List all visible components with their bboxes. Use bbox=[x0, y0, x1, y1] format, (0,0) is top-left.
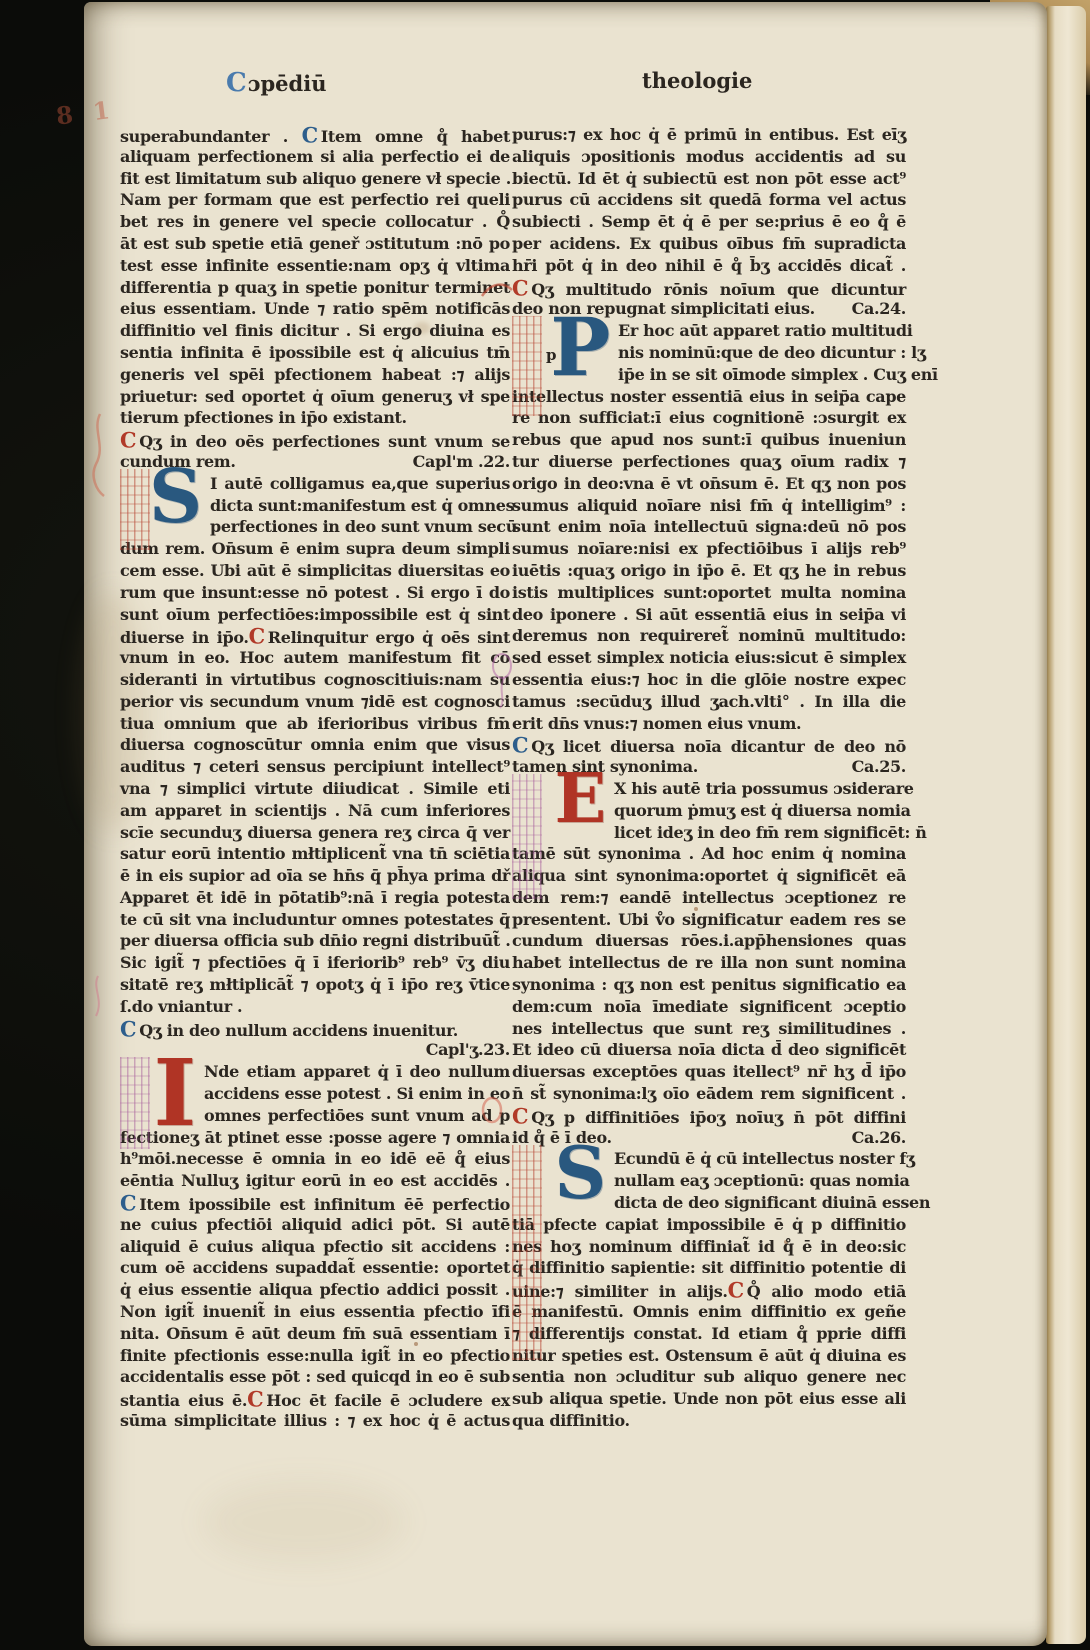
text-line: CQʒ multitudo rōnis noīum que dicuntur bbox=[512, 277, 906, 299]
text-line: āt est sub spetie etiā geneř ɔstitutum :… bbox=[120, 233, 510, 255]
running-header: 8 1 Cɔpēdiū theologie bbox=[84, 68, 1047, 98]
text-line: sentia infinita ē ipossibile est q̇ alic… bbox=[120, 342, 510, 364]
text-line: diuersas exceptōes quas itellect⁹ nr̄ hʒ… bbox=[512, 1061, 906, 1083]
text-line: habet intellectus de re illa non sunt no… bbox=[512, 952, 906, 974]
text-line: tamus :secūduʒ illud ʒach.vlti° . In ill… bbox=[512, 691, 906, 713]
penwork-flourish bbox=[120, 469, 150, 550]
text-line: te cū sit vna includuntur omnes potestat… bbox=[120, 909, 510, 931]
text-line: vna ⁊ simplici virtute diiudicat . Simil… bbox=[120, 778, 510, 800]
pilcrow-mark: C bbox=[247, 1388, 263, 1411]
penwork-flourish bbox=[120, 1057, 150, 1148]
illuminated-initial-S: S bbox=[512, 1145, 606, 1360]
pen-mark bbox=[86, 410, 112, 500]
text-line: eius essentiam. Unde ⁊ ratio spēm notifi… bbox=[120, 298, 510, 320]
text-line: per diuersa officia sub dn̄io regni dist… bbox=[120, 930, 510, 952]
text-line: priuetur: sed oportet q̇ oīum generuʒ vł… bbox=[120, 386, 510, 408]
text-line: stantia eius ē.CHoc ēt facile ē ɔcludere… bbox=[120, 1388, 510, 1410]
text-line: ē in eis supior ad oīa se hn̄s q̄ ph̄ya … bbox=[120, 865, 510, 887]
text-line: aliquid ē cuius aliqua pfectio sit accid… bbox=[120, 1236, 510, 1258]
text-line: aliquis ɔpositionis modus accidentis ad … bbox=[512, 146, 906, 168]
pilcrow-mark: C bbox=[728, 1279, 744, 1302]
stain bbox=[204, 1482, 404, 1562]
text-line: generis vel spēi pfectionem habeat :⁊ al… bbox=[120, 364, 510, 386]
text-line: nes intellectus que sunt reʒ similitudin… bbox=[512, 1018, 906, 1040]
text-line: subiecti . Semp ēt q̇ ē per se:prius ē e… bbox=[512, 211, 906, 233]
text-line: rebus que apud nos sunt:ī quibus inueniu… bbox=[512, 429, 906, 451]
text-line: iuētis :quaʒ origo in ip̄o ē. Et qʒ he i… bbox=[512, 560, 906, 582]
text-line: nita. On̄sum ē aūt deum fm̄ suā essentia… bbox=[120, 1323, 510, 1345]
text-line: sitatē reʒ młtiplicāt̃ ⁊ opotʒ q̇ ī ip̄o… bbox=[120, 974, 510, 996]
pilcrow-mark: C bbox=[120, 1192, 136, 1215]
guide-letter: p bbox=[546, 346, 556, 364]
text-line: vnum in eo. Hoc autem manifestum fit cō bbox=[120, 647, 510, 669]
text-line: auditus ⁊ ceteri sensus percipiunt intel… bbox=[120, 756, 510, 778]
pilcrow-mark: C bbox=[302, 123, 318, 146]
text-line: tiua omnium que ab iferioribus viribus f… bbox=[120, 713, 510, 735]
header-left-text: ɔpēdiū bbox=[248, 71, 327, 96]
text-line: differentia p quaʒ in spetie ponitur ter… bbox=[120, 277, 510, 299]
pen-mark bbox=[88, 974, 108, 1020]
text-line: hr̄i pōt q̇ in deo nihil ē q̊ b̄ʒ accidē… bbox=[512, 255, 906, 277]
header-right-text: theologie bbox=[642, 68, 752, 93]
chapter-number: Ca.25. bbox=[852, 756, 906, 778]
text-line: istis multiplices sunt:oportet multa nom… bbox=[512, 582, 906, 604]
book-scan: 8 1 Cɔpēdiū theologie superabundanter . … bbox=[0, 0, 1090, 1650]
text-line: am apparet in scientijs . Nā cum inferio… bbox=[120, 800, 510, 822]
text-line: ſ.do vniantur . bbox=[120, 996, 510, 1018]
illuminated-initial-P: Pp bbox=[512, 316, 610, 415]
chapter-number: Capl'm .22. bbox=[413, 451, 510, 473]
text-line: diuersa cognoscūtur omnia enim que visus bbox=[120, 734, 510, 756]
text-line: purus:⁊ ex hoc q̇ ē primū in entibus. Es… bbox=[512, 124, 906, 146]
text-line: sunt oīum perfectiōes:impossibile est q̇… bbox=[120, 604, 510, 626]
text-line: essentia eius:⁊ hoc in die glōie nostre … bbox=[512, 669, 906, 691]
pilcrow-mark: C bbox=[512, 734, 528, 757]
text-line: CQʒ in deo oēs perfectiones sunt vnum se bbox=[120, 429, 510, 451]
text-line: tur diuerse perfectiones quaʒ oīum radix… bbox=[512, 451, 906, 473]
pilcrow-mark: C bbox=[249, 625, 265, 648]
chapter-number: Ca.26. bbox=[852, 1127, 906, 1149]
text-line: h⁹mōi.necesse ē omnia in eo idē eē q̊ ei… bbox=[120, 1148, 510, 1170]
pilcrow-mark: C bbox=[120, 1017, 136, 1040]
text-line: Sic igit̃ ⁊ pfectiōes q̄ ī iferiorib⁹ re… bbox=[120, 952, 510, 974]
illuminated-initial-E: E bbox=[512, 774, 606, 899]
text-line: scīe secunduʒ diuersa genera reʒ circa q… bbox=[120, 822, 510, 844]
text-line: CQʒ in deo nullum accidens inuenitur. bbox=[120, 1018, 510, 1040]
text-line: superabundanter . CItem omne q̊ habet bbox=[120, 124, 510, 146]
chapter-number: Ca.24. bbox=[852, 298, 906, 320]
illuminated-initial-S: S bbox=[120, 469, 202, 550]
text-line: Et ideo cū diuersa noīa dicta d̄ deo sig… bbox=[512, 1039, 906, 1061]
text-line: Nam per formam que est perfectio rei que… bbox=[120, 189, 510, 211]
penwork-flourish bbox=[512, 316, 542, 415]
text-line: tierum pfectiones in ip̄o existant. bbox=[120, 407, 510, 429]
illuminated-initial-I: I bbox=[120, 1057, 196, 1148]
text-line: q̇ eius essentie aliqua pfectio addici p… bbox=[120, 1279, 510, 1301]
pilcrow-mark: C bbox=[512, 1104, 528, 1127]
text-line: cundum diuersas rōes.i.app̄hensiones qua… bbox=[512, 930, 906, 952]
text-line: deo iponere . Si aūt essentiā eius in se… bbox=[512, 604, 906, 626]
text-line: Apparet ēt idē in pōtatib⁹:nā ī regia po… bbox=[120, 887, 510, 909]
pilcrow-mark: C bbox=[120, 429, 136, 452]
text-line: per acidens. Ex quibus oībus fm̄ supradi… bbox=[512, 233, 906, 255]
penwork-flourish bbox=[512, 774, 542, 899]
text-line: sideranti in virtutibus cognoscitiuis:na… bbox=[120, 669, 510, 691]
text-line: perior vis secundum vnum ⁊idē est cognos… bbox=[120, 691, 510, 713]
text-line: origo in deo:vna ē vt on̄sum ē. Et qʒ no… bbox=[512, 473, 906, 495]
text-line: qua diffinitio. bbox=[512, 1410, 906, 1432]
text-line: synonima : qʒ non est penitus significat… bbox=[512, 974, 906, 996]
text-line: fit est limitatum sub aliquo genere vł s… bbox=[120, 168, 510, 190]
text-column-right: purus:⁊ ex hoc q̇ ē primū in entibus. Es… bbox=[512, 124, 906, 1432]
text-line: test esse infinite essentie:nam opʒ q̇ v… bbox=[120, 255, 510, 277]
handwritten-note: 8 1 bbox=[54, 94, 117, 130]
manuscript-page: 8 1 Cɔpēdiū theologie superabundanter . … bbox=[84, 2, 1047, 1646]
text-line: sub aliqua spetie. Unde non pōt eius ess… bbox=[512, 1388, 906, 1410]
text-line: CQʒ licet diuersa noīa dicantur de deo n… bbox=[512, 734, 906, 756]
text-line: n̄ st̃ synonima:lʒ oīo eādem rem signifi… bbox=[512, 1083, 906, 1105]
text-line: presentent. Ubi v̊o significatur eadem r… bbox=[512, 909, 906, 931]
text-line: Non igit̃ inuenit̃ in eius essentia pfec… bbox=[120, 1301, 510, 1323]
text-line: deremus non requireret̃ nominū multitudo… bbox=[512, 625, 906, 647]
text-line: sed esset simplex noticia eius:sicut ē s… bbox=[512, 647, 906, 669]
text-line: sumus noīare:nisi ex pfectiōibus ī alijs… bbox=[512, 538, 906, 560]
text-line: sumus aliquid noīare nisi fm̄ q̇ intelli… bbox=[512, 495, 906, 517]
text-line: diuerse in ip̄o.CRelinquitur ergo q̇ oēs… bbox=[120, 625, 510, 647]
text-line: finite pfectionis esse:nulla igit̃ in eo… bbox=[120, 1345, 510, 1367]
text-line: aliquam perfectionem si alia perfectio e… bbox=[120, 146, 510, 168]
text-line: ne cuius pfectiōi aliquid adici pōt. Si … bbox=[120, 1214, 510, 1236]
text-line: sunt enim noīa intellectuū signa:deū nō … bbox=[512, 516, 906, 538]
text-column-left: superabundanter . CItem omne q̊ habetali… bbox=[120, 124, 510, 1432]
text-line: eēntia Nulluʒ igitur eorū in eo est acci… bbox=[120, 1170, 510, 1192]
text-line: biectū. Id ēt q̇ subiectū est non pōt es… bbox=[512, 168, 906, 190]
text-line: purus cū accidens sit quedā forma vel ac… bbox=[512, 189, 906, 211]
text-line: bet res in genere vel specie collocatur … bbox=[120, 211, 510, 233]
text-line: erit dn̄s vnus:⁊ nomen eius vnum. bbox=[512, 713, 906, 735]
text-line: satur eorū intentio młtiplicent̃ vna tn̄… bbox=[120, 843, 510, 865]
text-line: dem:cum noīa īmediate significent ɔcepti… bbox=[512, 996, 906, 1018]
text-line: sentia non ɔcluditur sub aliquo genere n… bbox=[512, 1366, 906, 1388]
text-line: cum oē accidens supaddat̃ essentie: opor… bbox=[120, 1257, 510, 1279]
text-line: cem esse. Ubi aūt ē simplicitas diuersit… bbox=[120, 560, 510, 582]
next-page-edge bbox=[1046, 6, 1086, 1644]
text-line: accidentalis esse pōt : sed quicqd in eo… bbox=[120, 1366, 510, 1388]
chapter-number: Capl'ʒ.23. bbox=[426, 1039, 510, 1061]
text-line: diffinitio vel finis dicitur . Si ergo d… bbox=[120, 320, 510, 342]
text-line: rum que insunt:esse nō potest . Si ergo … bbox=[120, 582, 510, 604]
text-line: CItem ipossibile est infinitum ēē perfec… bbox=[120, 1192, 510, 1214]
header-left: Cɔpēdiū bbox=[226, 68, 326, 98]
pilcrow-mark: C bbox=[512, 276, 528, 299]
text-line: CQʒ p diffinitiōes ip̄oʒ noīuʒ n̄ pōt di… bbox=[512, 1105, 906, 1127]
rubric-initial-c: C bbox=[226, 68, 247, 98]
penwork-flourish bbox=[512, 1145, 542, 1360]
text-line: sūma simplicitate illius : ⁊ ex hoc q̇ ē… bbox=[120, 1410, 510, 1432]
